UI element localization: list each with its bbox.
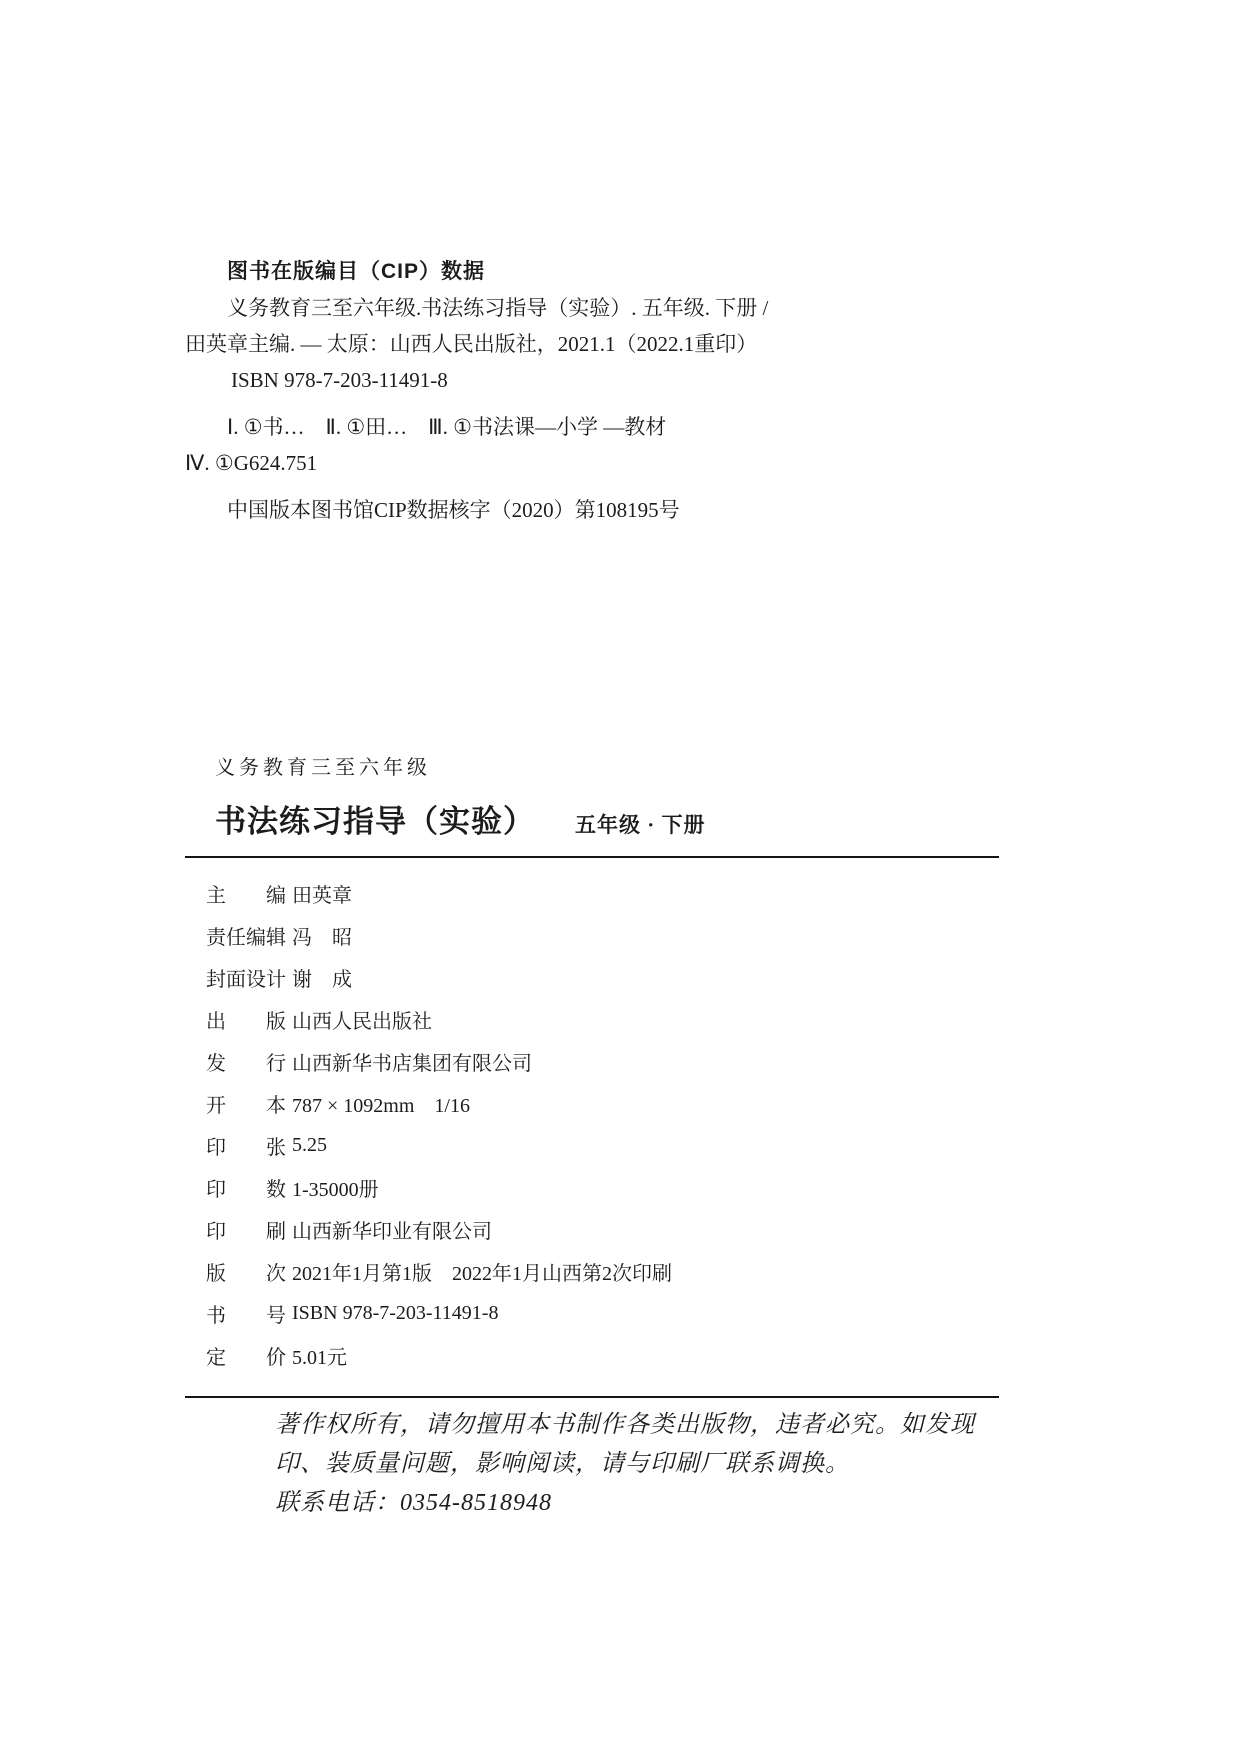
row-value: 2021年1月第1版 2022年1月山西第2次印刷 <box>292 1257 672 1286</box>
divider-bottom <box>185 1396 999 1398</box>
row-value: 谢 成 <box>292 963 352 992</box>
row-printed-sheets: 印 张 5.25 <box>206 1124 1016 1166</box>
row-label: 主 编 <box>206 879 288 908</box>
row-label: 书 号 <box>206 1299 288 1328</box>
row-value: 5.01元 <box>292 1341 347 1370</box>
row-label: 封面设计 <box>206 963 288 992</box>
row-price: 定 价 5.01元 <box>206 1334 1016 1376</box>
title-row: 书法练习指导（实验） 五年级 · 下册 <box>215 796 706 841</box>
row-label: 印 刷 <box>206 1215 288 1244</box>
row-value: 787 × 1092mm 1/16 <box>292 1089 470 1118</box>
row-printer: 印 刷 山西新华印业有限公司 <box>206 1208 1016 1250</box>
row-edition: 版 次 2021年1月第1版 2022年1月山西第2次印刷 <box>206 1250 1016 1292</box>
row-value: 田英章 <box>292 879 352 908</box>
divider-top <box>185 856 999 858</box>
cip-record-line-2: 田英章主编. — 太原：山西人民出版社，2021.1（2022.1重印） <box>185 326 1015 362</box>
row-value: 冯 昭 <box>292 921 352 950</box>
notice-line-3: 联系电话：0354-8518948 <box>275 1484 1020 1523</box>
row-label: 开 本 <box>206 1089 288 1118</box>
cip-heading: 图书在版编目（CIP）数据 <box>185 254 1015 290</box>
row-format: 开 本 787 × 1092mm 1/16 <box>206 1082 1016 1124</box>
row-value: 1-35000册 <box>292 1173 379 1202</box>
row-value: 山西新华印业有限公司 <box>292 1215 492 1244</box>
row-distributor: 发 行 山西新华书店集团有限公司 <box>206 1040 1016 1082</box>
row-label: 印 张 <box>206 1131 288 1160</box>
row-label: 印 数 <box>206 1173 288 1202</box>
row-value: ISBN 978-7-203-11491-8 <box>292 1302 498 1325</box>
edition-label: 五年级 · 下册 <box>575 809 706 839</box>
copyright-notice: 著作权所有，请勿擅用本书制作各类出版物，违者必究。如发现 印、装质量问题，影响阅… <box>275 1406 1020 1523</box>
row-cover-design: 封面设计 谢 成 <box>206 956 1016 998</box>
row-publisher: 出 版 山西人民出版社 <box>206 998 1016 1040</box>
row-label: 版 次 <box>206 1257 288 1286</box>
row-print-run: 印 数 1-35000册 <box>206 1166 1016 1208</box>
row-label: 定 价 <box>206 1341 288 1370</box>
row-value: 山西人民出版社 <box>292 1005 432 1034</box>
cip-record-number: 中国版本图书馆CIP数据核字（2020）第108195号 <box>185 492 1015 528</box>
cip-classification-line-2: Ⅳ. ①G624.751 <box>185 445 1015 481</box>
cip-classification-line-1: Ⅰ. ①书… Ⅱ. ①田… Ⅲ. ①书法课—小学 —教材 <box>185 409 1015 445</box>
row-label: 出 版 <box>206 1005 288 1034</box>
row-value: 5.25 <box>292 1134 327 1157</box>
publication-info-table: 主 编 田英章 责任编辑 冯 昭 封面设计 谢 成 出 版 山西人民出版社 发 … <box>206 872 1016 1376</box>
row-value: 山西新华书店集团有限公司 <box>292 1047 532 1076</box>
notice-line-2: 印、装质量问题，影响阅读，请与印刷厂联系调换。 <box>275 1445 1020 1484</box>
series-title: 义务教育三至六年级 <box>215 751 431 780</box>
book-title: 书法练习指导（实验） <box>215 796 535 841</box>
row-book-number: 书 号 ISBN 978-7-203-11491-8 <box>206 1292 1016 1334</box>
row-chief-editor: 主 编 田英章 <box>206 872 1016 914</box>
row-responsible-editor: 责任编辑 冯 昭 <box>206 914 1016 956</box>
cip-isbn-line: ISBN 978-7-203-11491-8 <box>185 362 1015 398</box>
notice-line-1: 著作权所有，请勿擅用本书制作各类出版物，违者必究。如发现 <box>275 1406 1020 1445</box>
row-label: 发 行 <box>206 1047 288 1076</box>
row-label: 责任编辑 <box>206 921 288 950</box>
copyright-page: 图书在版编目（CIP）数据 义务教育三至六年级.书法练习指导（实验）. 五年级.… <box>0 0 1240 1754</box>
cip-block: 图书在版编目（CIP）数据 义务教育三至六年级.书法练习指导（实验）. 五年级.… <box>185 254 1015 528</box>
cip-record-line-1: 义务教育三至六年级.书法练习指导（实验）. 五年级. 下册 / <box>185 290 1015 326</box>
